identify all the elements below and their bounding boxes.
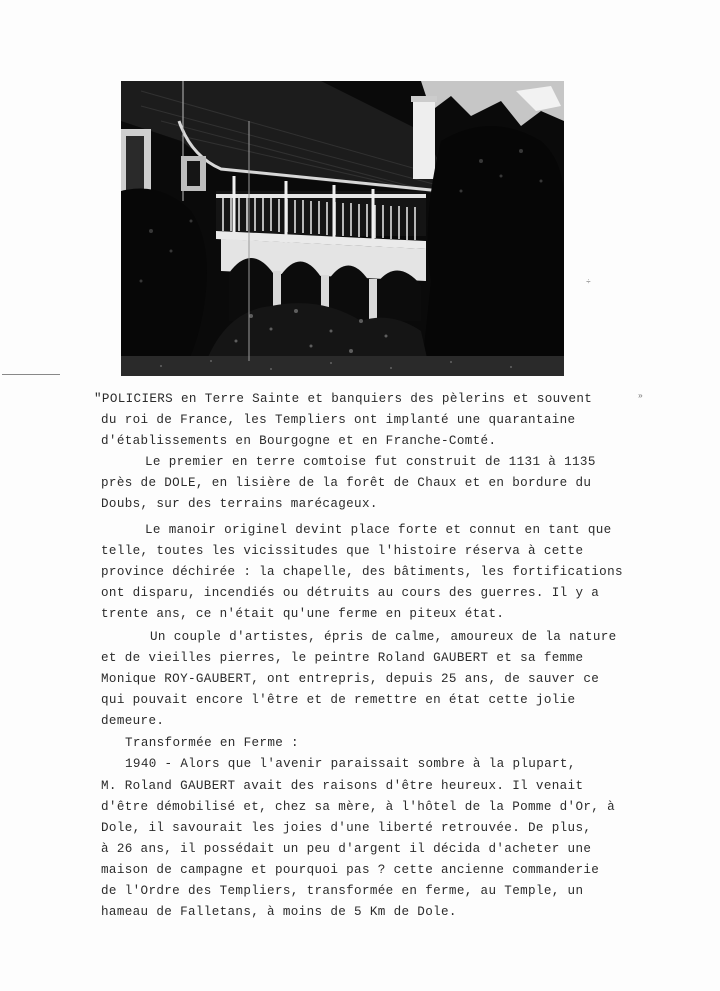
paragraph-intro-line: "POLICIERS en Terre Sainte et banquiers … — [94, 392, 592, 406]
paragraph-1940-line: de l'Ordre des Templiers, transformée en… — [101, 884, 583, 898]
paragraph-manoir-line: trente ans, ce n'était qu'une ferme en p… — [101, 607, 504, 621]
manor-photograph — [121, 81, 564, 376]
paragraph-1940-line: maison de campagne et pourquoi pas ? cet… — [101, 863, 599, 877]
paragraph-1940-line: à 26 ans, il possédait un peu d'argent i… — [101, 842, 591, 856]
paragraph-intro-line: d'établissements en Bourgogne et en Fran… — [101, 434, 496, 448]
margin-mark: » — [638, 392, 643, 401]
paragraph-premier-line: Doubs, sur des terrains marécageux. — [101, 497, 378, 511]
paragraph-1940-line: hameau de Falletans, à moins de 5 Km de … — [101, 905, 457, 919]
paragraph-1940-line: d'être démobilisé et, chez sa mère, à l'… — [101, 800, 615, 814]
paragraph-premier-line: près de DOLE, en lisière de la forêt de … — [101, 476, 591, 490]
paragraph-manoir-line: ont disparu, incendiés ou détruits au co… — [101, 586, 599, 600]
section-heading: Transformée en Ferme : — [125, 736, 299, 750]
paragraph-1940-line: Dole, il savourait les joies d'une liber… — [101, 821, 591, 835]
manor-house-image — [121, 81, 564, 376]
paragraph-couple-line: qui pouvait encore l'être et de remettre… — [101, 693, 575, 707]
paragraph-couple-line: demeure. — [101, 714, 164, 728]
scan-artifact-dash — [2, 374, 60, 375]
scan-speck: ÷ — [586, 278, 591, 287]
paragraph-manoir-line: province déchirée : la chapelle, des bât… — [101, 565, 623, 579]
paragraph-couple-line: Un couple d'artistes, épris de calme, am… — [150, 630, 617, 644]
paragraph-couple-line: Monique ROY-GAUBERT, ont entrepris, depu… — [101, 672, 599, 686]
paragraph-1940-line: M. Roland GAUBERT avait des raisons d'êt… — [101, 779, 583, 793]
paragraph-premier-line: Le premier en terre comtoise fut constru… — [145, 455, 596, 469]
paragraph-intro-line: du roi de France, les Templiers ont impl… — [101, 413, 575, 427]
paragraph-couple-line: et de vieilles pierres, le peintre Rolan… — [101, 651, 583, 665]
paragraph-manoir-line: Le manoir originel devint place forte et… — [145, 523, 612, 537]
paragraph-manoir-line: telle, toutes les vicissitudes que l'his… — [101, 544, 583, 558]
paragraph-1940-line: 1940 - Alors que l'avenir paraissait som… — [125, 757, 576, 771]
